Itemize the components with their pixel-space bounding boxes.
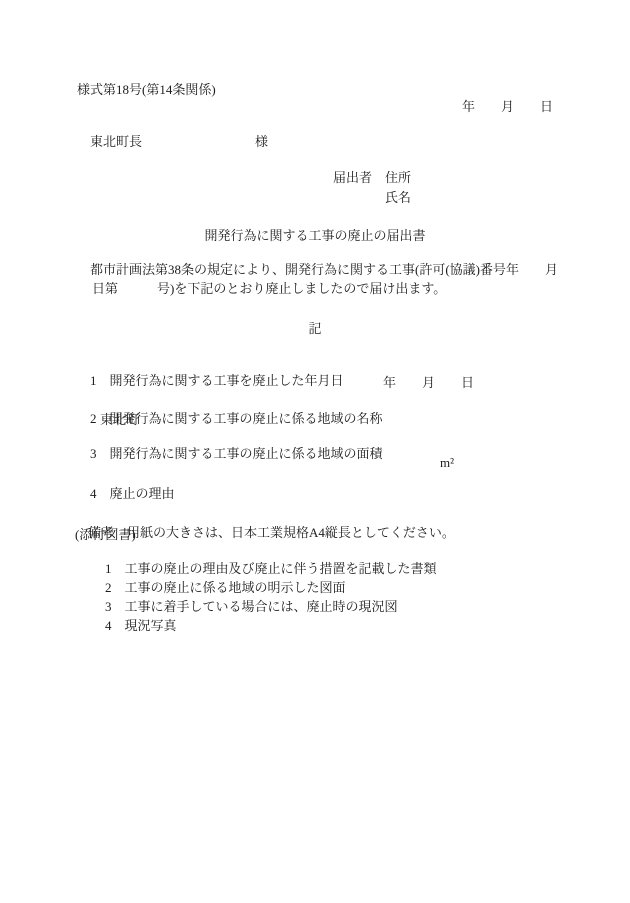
remark-text: 用紙の大きさは、日本工業規格A4縦長としてください。	[127, 525, 455, 540]
item-1-text: 開発行為に関する工事を廃止した年月日	[110, 373, 344, 388]
form-number: 様式第18号(第14条関係)	[77, 82, 216, 98]
attachments-title: (添付図書)	[75, 527, 136, 543]
record-marker: 記	[0, 321, 630, 337]
addressee-honorific: 様	[255, 134, 268, 150]
item-1-date-value: 年 月 日	[383, 375, 474, 391]
item-3-area-unit: m²	[440, 455, 454, 471]
document-page: 様式第18号(第14条関係) 年 月 日 東北町長 様 届出者 住所 氏名 開発…	[0, 0, 630, 903]
addressee: 東北町長	[90, 134, 142, 150]
submitter-name-label: 氏名	[385, 190, 411, 206]
attachment-4-text: 現況写真	[125, 618, 177, 633]
document-title: 開発行為に関する工事の廃止の届出書	[0, 228, 630, 244]
item-2-text: 開発行為に関する工事の廃止に係る地域の名称	[110, 411, 383, 426]
date-line-top: 年 月 日	[462, 99, 553, 115]
item-3-text: 開発行為に関する工事の廃止に係る地域の面積	[110, 446, 383, 461]
paragraph-line-1: 都市計画法第38条の規定により、開発行為に関する工事(許可(協議)番号 年 月	[77, 262, 558, 278]
paragraph-line-1-date: 年 月	[506, 262, 558, 278]
submitter-address-label: 住所	[385, 170, 411, 186]
item-2-area-name-value: 東北町	[100, 412, 139, 428]
paragraph-line-2: 日第 号)を下記のとおり廃止しましたので届け出ます。	[92, 281, 446, 297]
submitter-label: 届出者	[333, 170, 372, 186]
attachment-4: 4 現況写真	[92, 602, 177, 650]
paragraph-line-1-text: 都市計画法第38条の規定により、開発行為に関する工事(許可(協議)番号	[77, 262, 506, 278]
item-4-text: 廃止の理由	[110, 486, 175, 501]
